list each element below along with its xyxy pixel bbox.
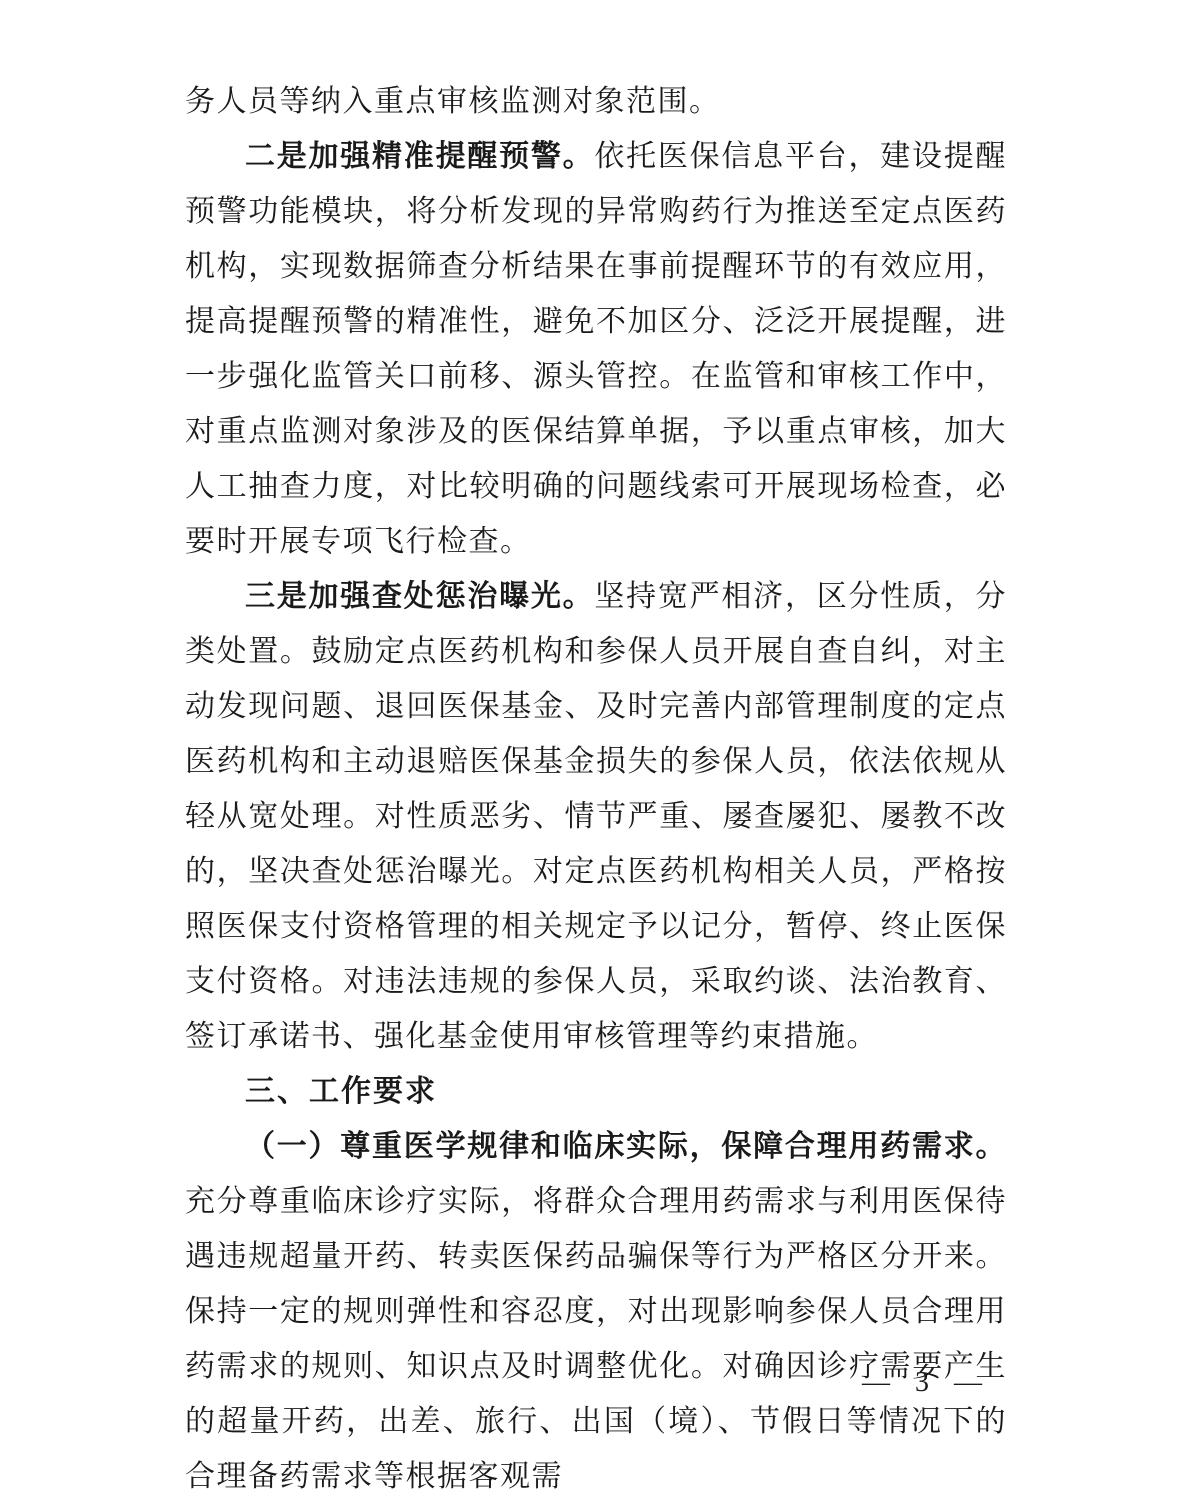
document-page: 务人员等纳入重点审核监测对象范围。 二是加强精准提醒预警。依托医保信息平台，建设… [0,0,1182,1503]
paragraph-lead: 三是加强查处惩治曝光。 [245,580,594,613]
paragraph-lead: （一）尊重医学规律和临床实际，保障合理用药需求。 [245,1130,1007,1163]
paragraph-text: 依托医保信息平台，建设提醒预警功能模块，将分析发现的异常购药行为推送至定点医药机… [185,140,1007,558]
page-number: — 3 — [862,1366,984,1400]
document-body: 务人员等纳入重点审核监测对象范围。 二是加强精准提醒预警。依托医保信息平台，建设… [185,74,1007,1503]
paragraph-measure-2: 二是加强精准提醒预警。依托医保信息平台，建设提醒预警功能模块，将分析发现的异常购… [185,129,1007,569]
paragraph-lead: 二是加强精准提醒预警。 [245,140,594,173]
paragraph-text: 务人员等纳入重点审核监测对象范围。 [185,85,721,118]
paragraph-work-requirement-1: （一）尊重医学规律和临床实际，保障合理用药需求。充分尊重临床诊疗实际，将群众合理… [185,1119,1007,1503]
section-heading: 三、工作要求 [185,1064,1007,1119]
paragraph-measure-3: 三是加强查处惩治曝光。坚持宽严相济，区分性质，分类处置。鼓励定点医药机构和参保人… [185,569,1007,1064]
paragraph-text: 坚持宽严相济，区分性质，分类处置。鼓励定点医药机构和参保人员开展自查自纠，对主动… [185,580,1007,1053]
paragraph-text: 充分尊重临床诊疗实际，将群众合理用药需求与利用医保待遇违规超量开药、转卖医保药品… [185,1185,1007,1493]
paragraph-continuation: 务人员等纳入重点审核监测对象范围。 [185,74,1007,129]
